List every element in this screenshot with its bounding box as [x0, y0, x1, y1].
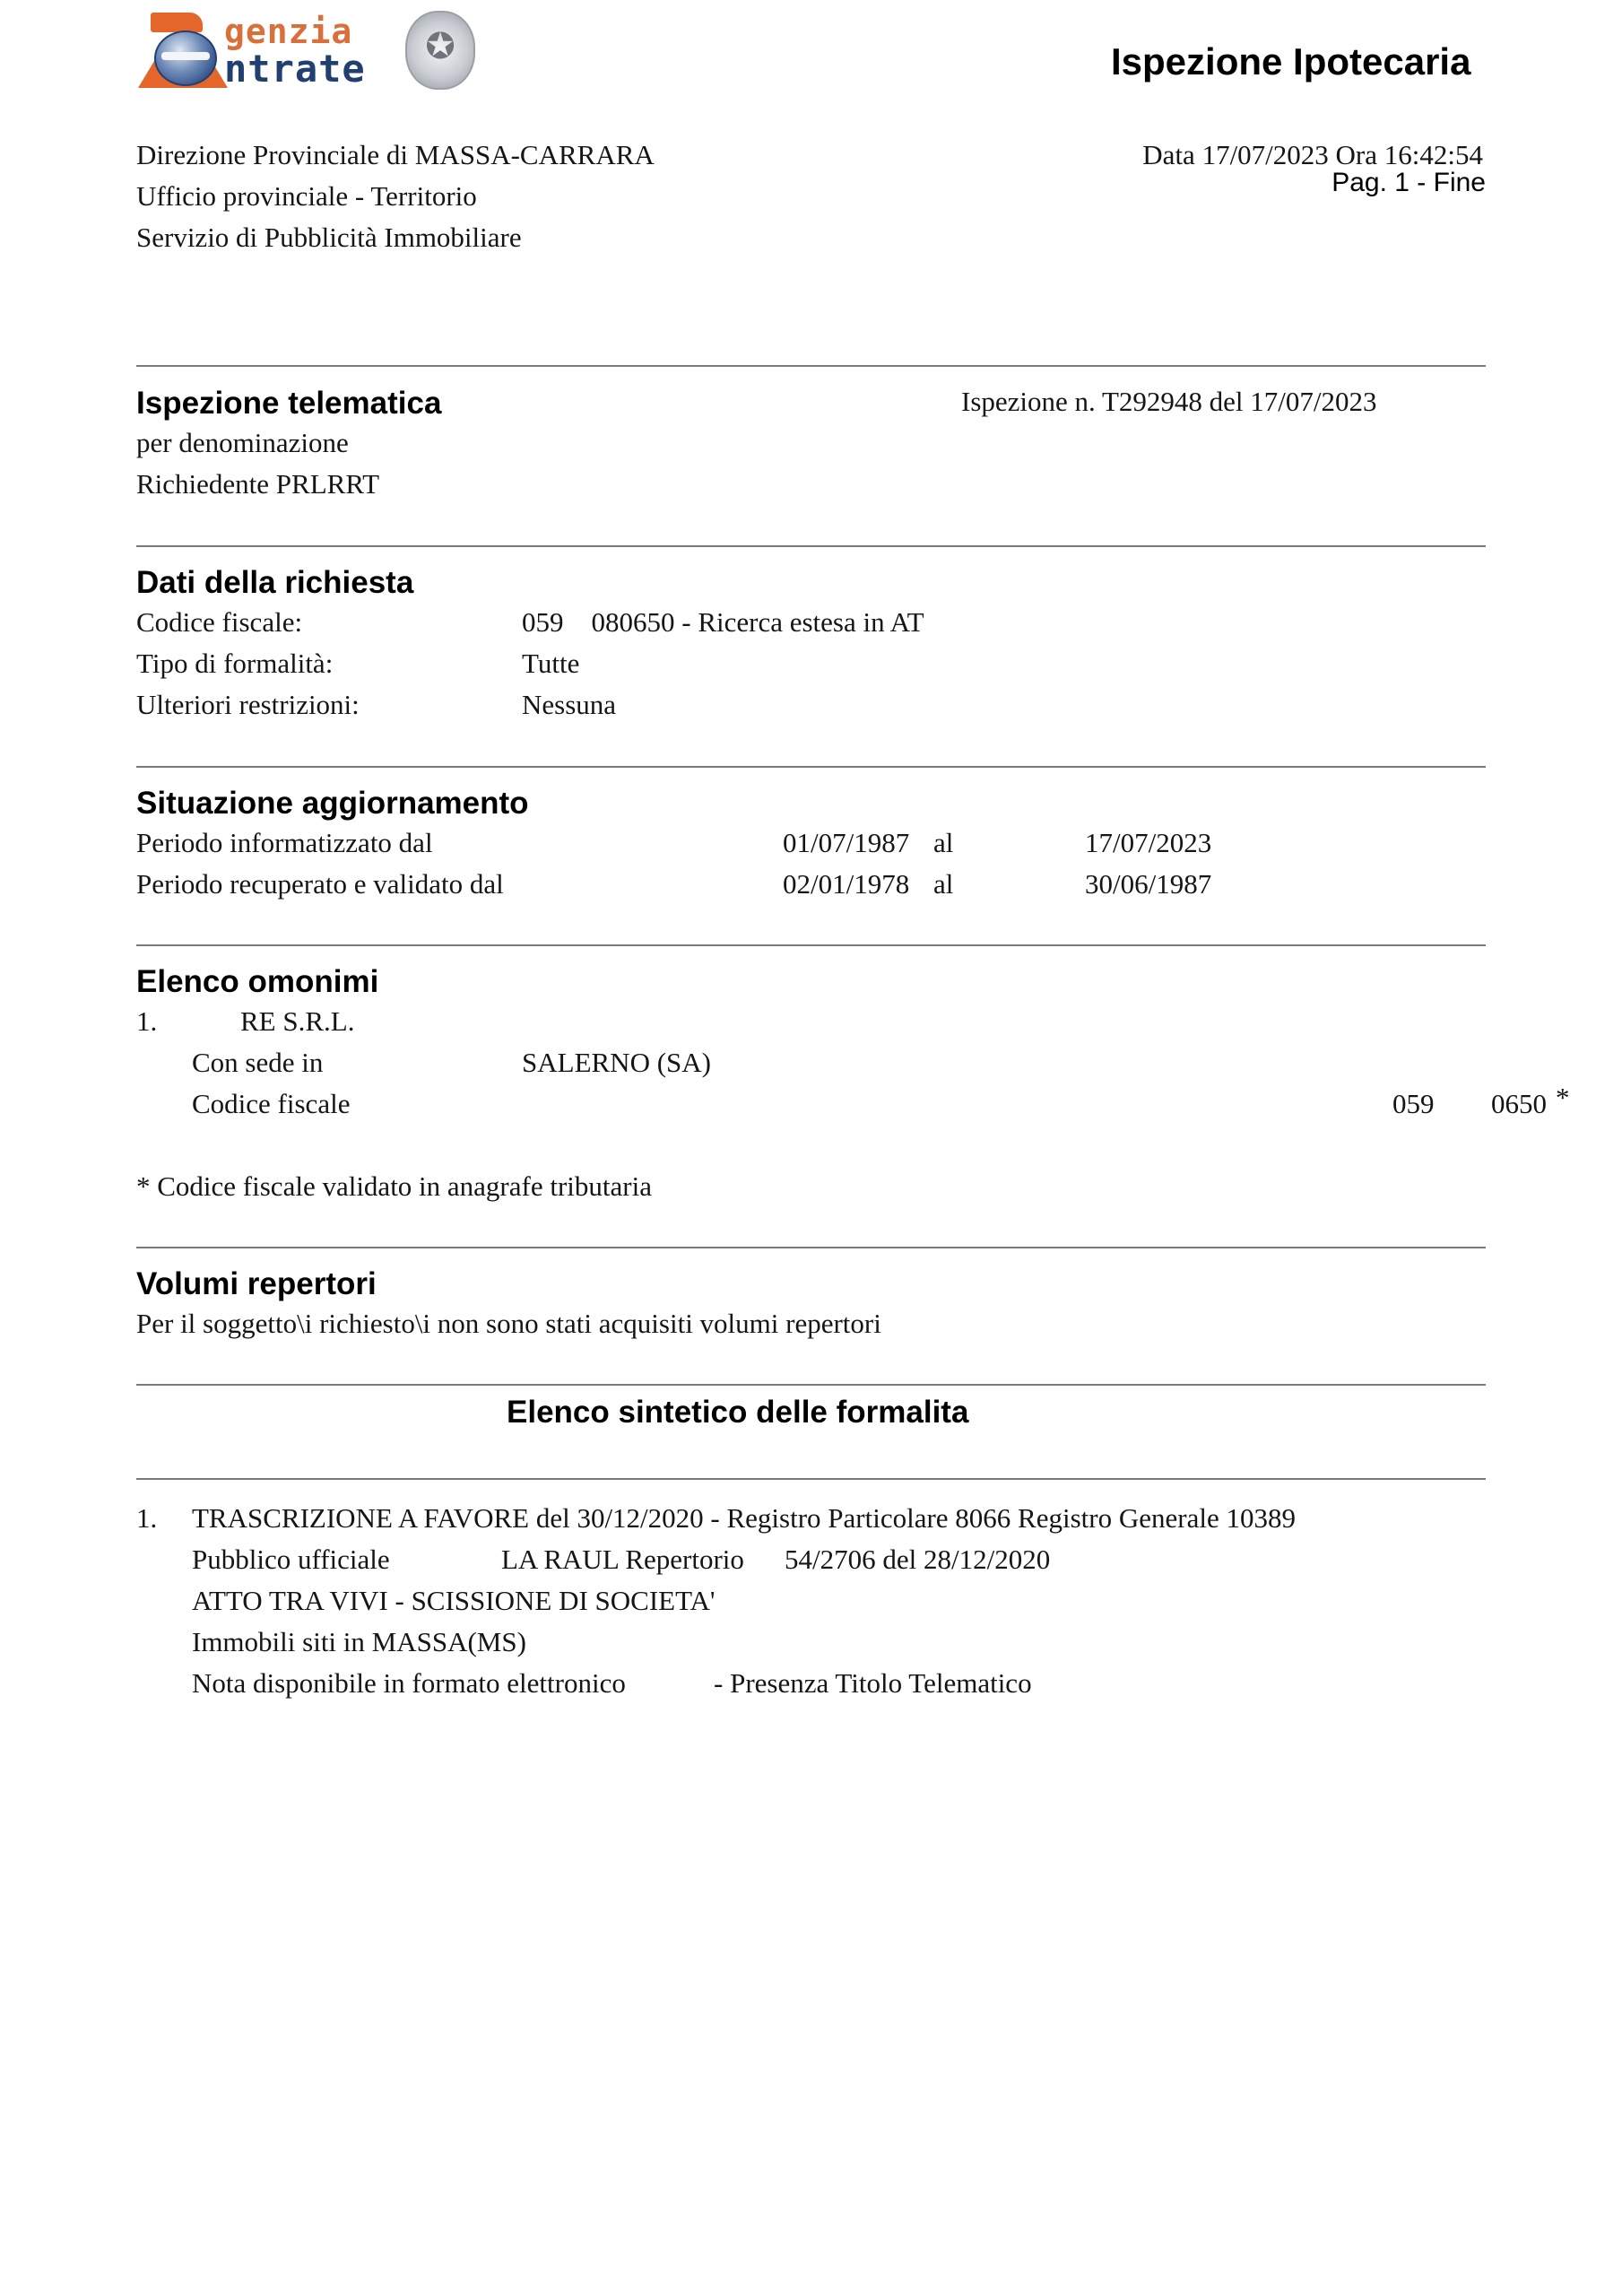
aggiornamento-to-informatizzato: 17/07/2023 — [1085, 829, 1211, 857]
section-heading-volumi: Volumi repertori — [136, 1268, 377, 1300]
formalita-nota: Nota disponibile in formato elettronico — [192, 1669, 626, 1697]
omonimo-sede-value: SALERNO (SA) — [522, 1048, 711, 1076]
formalita-titolo: - Presenza Titolo Telematico — [714, 1669, 1032, 1697]
divider — [136, 1384, 1486, 1386]
divider — [136, 365, 1486, 367]
formalita-pu-label: Pubblico ufficiale — [192, 1545, 390, 1573]
ispezione-richiedente: Richiedente PRLRRT — [136, 470, 379, 498]
section-heading-aggiornamento: Situazione aggiornamento — [136, 787, 529, 819]
omonimo-cf-validated-mark: * — [1556, 1083, 1570, 1111]
logo-e-bar — [161, 52, 210, 60]
richiesta-label-tipo: Tipo di formalità: — [136, 649, 333, 677]
republic-emblem-icon: ✪ — [405, 11, 475, 90]
aggiornamento-label-recuperato: Periodo recuperato e validato dal — [136, 870, 504, 898]
volumi-text: Per il soggetto\i richiesto\i non sono s… — [136, 1309, 881, 1337]
omonimo-index: 1. — [136, 1007, 157, 1035]
divider — [136, 1247, 1486, 1248]
omonimi-footnote: * Codice fiscale validato in anagrafe tr… — [136, 1172, 652, 1200]
omonimo-cf-label: Codice fiscale — [192, 1090, 350, 1118]
aggiornamento-label-informatizzato: Periodo informatizzato dal — [136, 829, 433, 857]
section-heading-formalita: Elenco sintetico delle formalita — [507, 1396, 968, 1428]
date-time: Data 17/07/2023 Ora 16:42:54 — [1142, 141, 1483, 169]
agenzia-entrate-logo: genzia ntrate ✪ — [134, 5, 480, 95]
section-heading-ispezione: Ispezione telematica — [136, 387, 441, 419]
logo-text-ntrate: ntrate — [224, 50, 366, 88]
richiesta-label-restrizioni: Ulteriori restrizioni: — [136, 691, 360, 718]
document-title: Ispezione Ipotecaria — [1111, 43, 1470, 81]
logo-a-top-shape — [151, 13, 203, 32]
aggiornamento-from-informatizzato: 01/07/1987 — [783, 829, 909, 857]
divider — [136, 766, 1486, 768]
section-heading-omonimi: Elenco omonimi — [136, 966, 378, 997]
divider — [136, 944, 1486, 946]
formalita-pu-value: LA RAUL Repertorio — [501, 1545, 744, 1573]
formalita-immobili: Immobili siti in MASSA(MS) — [192, 1628, 526, 1656]
formalita-repertorio: 54/2706 del 28/12/2020 — [785, 1545, 1050, 1573]
richiesta-label-cf: Codice fiscale: — [136, 608, 302, 636]
richiesta-value-restrizioni: Nessuna — [522, 691, 616, 718]
office-line-ufficio: Ufficio provinciale - Territorio — [136, 182, 477, 210]
star-icon: ✪ — [407, 29, 473, 65]
aggiornamento-from-recuperato: 02/01/1978 — [783, 870, 909, 898]
omonimo-cf-part2: 0650 — [1491, 1090, 1547, 1118]
richiesta-value-tipo: Tutte — [522, 649, 579, 677]
divider — [136, 1478, 1486, 1480]
ispezione-mode: per denominazione — [136, 429, 349, 457]
divider — [136, 545, 1486, 547]
ispezione-number: Ispezione n. T292948 del 17/07/2023 — [961, 387, 1377, 415]
formalita-index: 1. — [136, 1504, 157, 1532]
omonimo-cf-part1: 059 — [1392, 1090, 1435, 1118]
page-indicator: Pag. 1 - Fine — [1331, 170, 1486, 196]
formalita-atto: ATTO TRA VIVI - SCISSIONE DI SOCIETA' — [192, 1587, 716, 1614]
office-line-direzione: Direzione Provinciale di MASSA-CARRARA — [136, 141, 655, 169]
office-line-servizio: Servizio di Pubblicità Immobiliare — [136, 223, 522, 251]
omonimo-sede-label: Con sede in — [192, 1048, 323, 1076]
logo-text-genzia: genzia — [224, 14, 352, 48]
richiesta-value-cf: 059 080650 - Ricerca estesa in AT — [522, 608, 924, 636]
formalita-line1: TRASCRIZIONE A FAVORE del 30/12/2020 - R… — [192, 1504, 1296, 1532]
omonimo-name: RE S.R.L. — [240, 1007, 354, 1035]
section-heading-richiesta: Dati della richiesta — [136, 567, 413, 598]
aggiornamento-sep: al — [933, 829, 953, 857]
aggiornamento-to-recuperato: 30/06/1987 — [1085, 870, 1211, 898]
aggiornamento-sep: al — [933, 870, 953, 898]
